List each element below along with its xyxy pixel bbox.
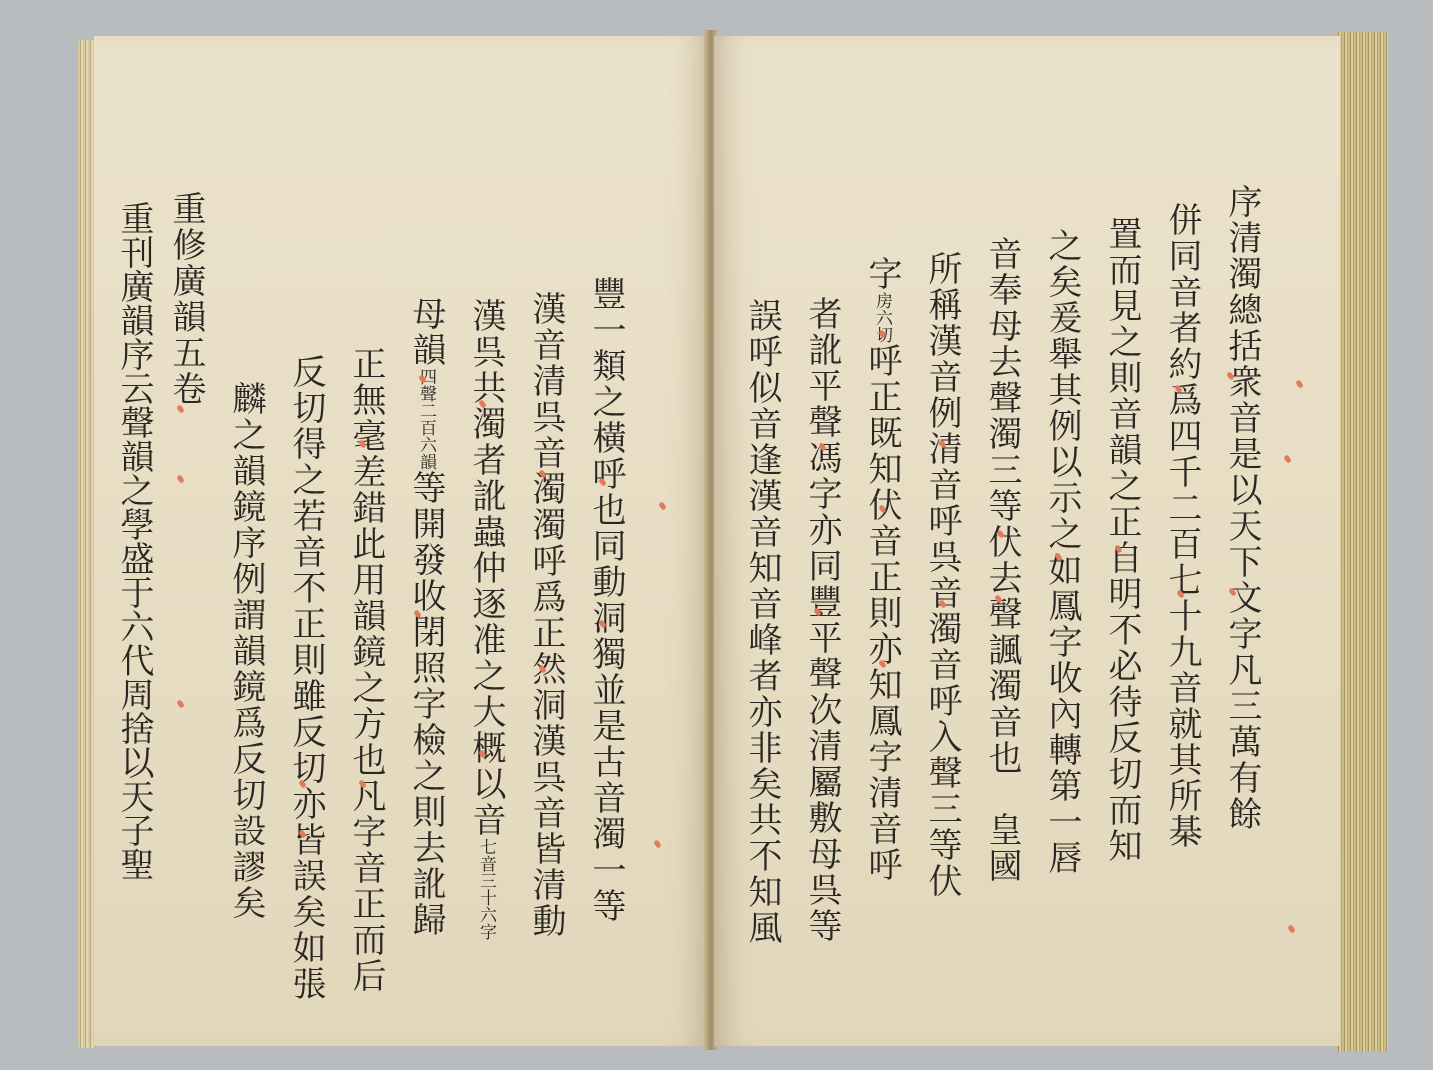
right-page-edges bbox=[1336, 32, 1388, 1052]
left-column-6: 反切得之若音不正則雖反切亦皆誤矣如張 bbox=[286, 354, 326, 1002]
column-text: 所稱漢音例清音呼呉音濁音呼入聲三等伏 bbox=[922, 251, 962, 899]
column-text: 併同音者約爲四千二百七十九音就其所棊 bbox=[1162, 202, 1202, 850]
column-text: 重刊廣韻序云聲韻之學盛于六代周捨以天子聖 bbox=[114, 201, 154, 881]
right-column-9: 誤呼似音逢漢音知音峰者亦非矣共不知風 bbox=[742, 298, 782, 946]
right-page: 序清濁總括衆音是以天下文字凡三萬有餘 併同音者約爲四千二百七十九音就其所棊 置而… bbox=[714, 36, 1340, 1046]
left-page: 豐一類之橫呼也同動洞獨並是古音濁一等 漢音清呉音濁濁呼爲正然洞漢呉音皆清動 漢呉… bbox=[94, 36, 708, 1046]
column-text: 反切得之若音不正則雖反切亦皆誤矣如張 bbox=[286, 354, 326, 1002]
column-text: 漢呉共濁者訛蟲仲逐准之大概以音 bbox=[466, 298, 506, 838]
column-text: 音奉母去聲濁三等伏去聲諷濁音也 皇國 bbox=[982, 236, 1022, 884]
column-text: 重修廣韻五卷 bbox=[166, 191, 206, 407]
right-column-2: 併同音者約爲四千二百七十九音就其所棊 bbox=[1162, 202, 1202, 850]
column-text: 者訛平聲馮字亦同豐平聲次清屬敷母呉等 bbox=[802, 296, 842, 944]
column-text: 字 bbox=[862, 256, 902, 292]
right-column-3: 置而見之則音韻之正自明不必待反切而知 bbox=[1102, 216, 1142, 864]
right-column-7: 字房六切呼正既知伏音正則亦知鳳字清音呼 bbox=[862, 256, 902, 883]
column-text: 漢音清呉音濁濁呼爲正然洞漢呉音皆清動 bbox=[526, 291, 566, 939]
left-column-1: 豐一類之橫呼也同動洞獨並是古音濁一等 bbox=[586, 276, 626, 924]
left-column-3: 漢呉共濁者訛蟲仲逐准之大概以音七音三十六字 bbox=[466, 298, 506, 940]
left-column-2: 漢音清呉音濁濁呼爲正然洞漢呉音皆清動 bbox=[526, 291, 566, 939]
left-column-5: 正無毫差錯此用韻鏡之方也凡字音正而后 bbox=[346, 346, 386, 994]
open-book: 豐一類之橫呼也同動洞獨並是古音濁一等 漢音清呉音濁濁呼爲正然洞漢呉音皆清動 漢呉… bbox=[0, 0, 1433, 1070]
column-text: 麟之韻鏡序例謂韻鏡爲反切設謬矣 bbox=[226, 381, 266, 921]
left-column-8-title: 重修廣韻五卷 bbox=[166, 191, 206, 407]
right-column-5: 音奉母去聲濁三等伏去聲諷濁音也 皇國 bbox=[982, 236, 1022, 884]
left-column-9: 重刊廣韻序云聲韻之學盛于六代周捨以天子聖 bbox=[114, 201, 154, 881]
column-text: 序清濁總括衆音是以天下文字凡三萬有餘 bbox=[1222, 184, 1262, 832]
right-column-6: 所稱漢音例清音呼呉音濁音呼入聲三等伏 bbox=[922, 251, 962, 899]
column-text-continued: 等開發收閉照字檢之則去訛歸 bbox=[406, 470, 446, 938]
left-column-7: 麟之韻鏡序例謂韻鏡爲反切設謬矣 bbox=[226, 381, 266, 921]
column-text: 豐一類之橫呼也同動洞獨並是古音濁一等 bbox=[586, 276, 626, 924]
column-text: 母韻 bbox=[406, 296, 446, 368]
column-text: 誤呼似音逢漢音知音峰者亦非矣共不知風 bbox=[742, 298, 782, 946]
right-column-4: 之矣爰舉其例以示之如鳳字收內轉第一唇 bbox=[1042, 228, 1082, 876]
interlinear-note: 四聲二百六韻 bbox=[406, 368, 446, 470]
interlinear-note: 七音三十六字 bbox=[466, 838, 506, 940]
column-text: 正無毫差錯此用韻鏡之方也凡字音正而后 bbox=[346, 346, 386, 994]
left-column-4: 母韻四聲二百六韻等開發收閉照字檢之則去訛歸 bbox=[406, 296, 446, 938]
right-column-1: 序清濁總括衆音是以天下文字凡三萬有餘 bbox=[1222, 184, 1262, 832]
column-text: 之矣爰舉其例以示之如鳳字收內轉第一唇 bbox=[1042, 228, 1082, 876]
column-text: 置而見之則音韻之正自明不必待反切而知 bbox=[1102, 216, 1142, 864]
right-column-8: 者訛平聲馮字亦同豐平聲次清屬敷母呉等 bbox=[802, 296, 842, 944]
column-text-continued: 呼正既知伏音正則亦知鳳字清音呼 bbox=[862, 343, 902, 883]
